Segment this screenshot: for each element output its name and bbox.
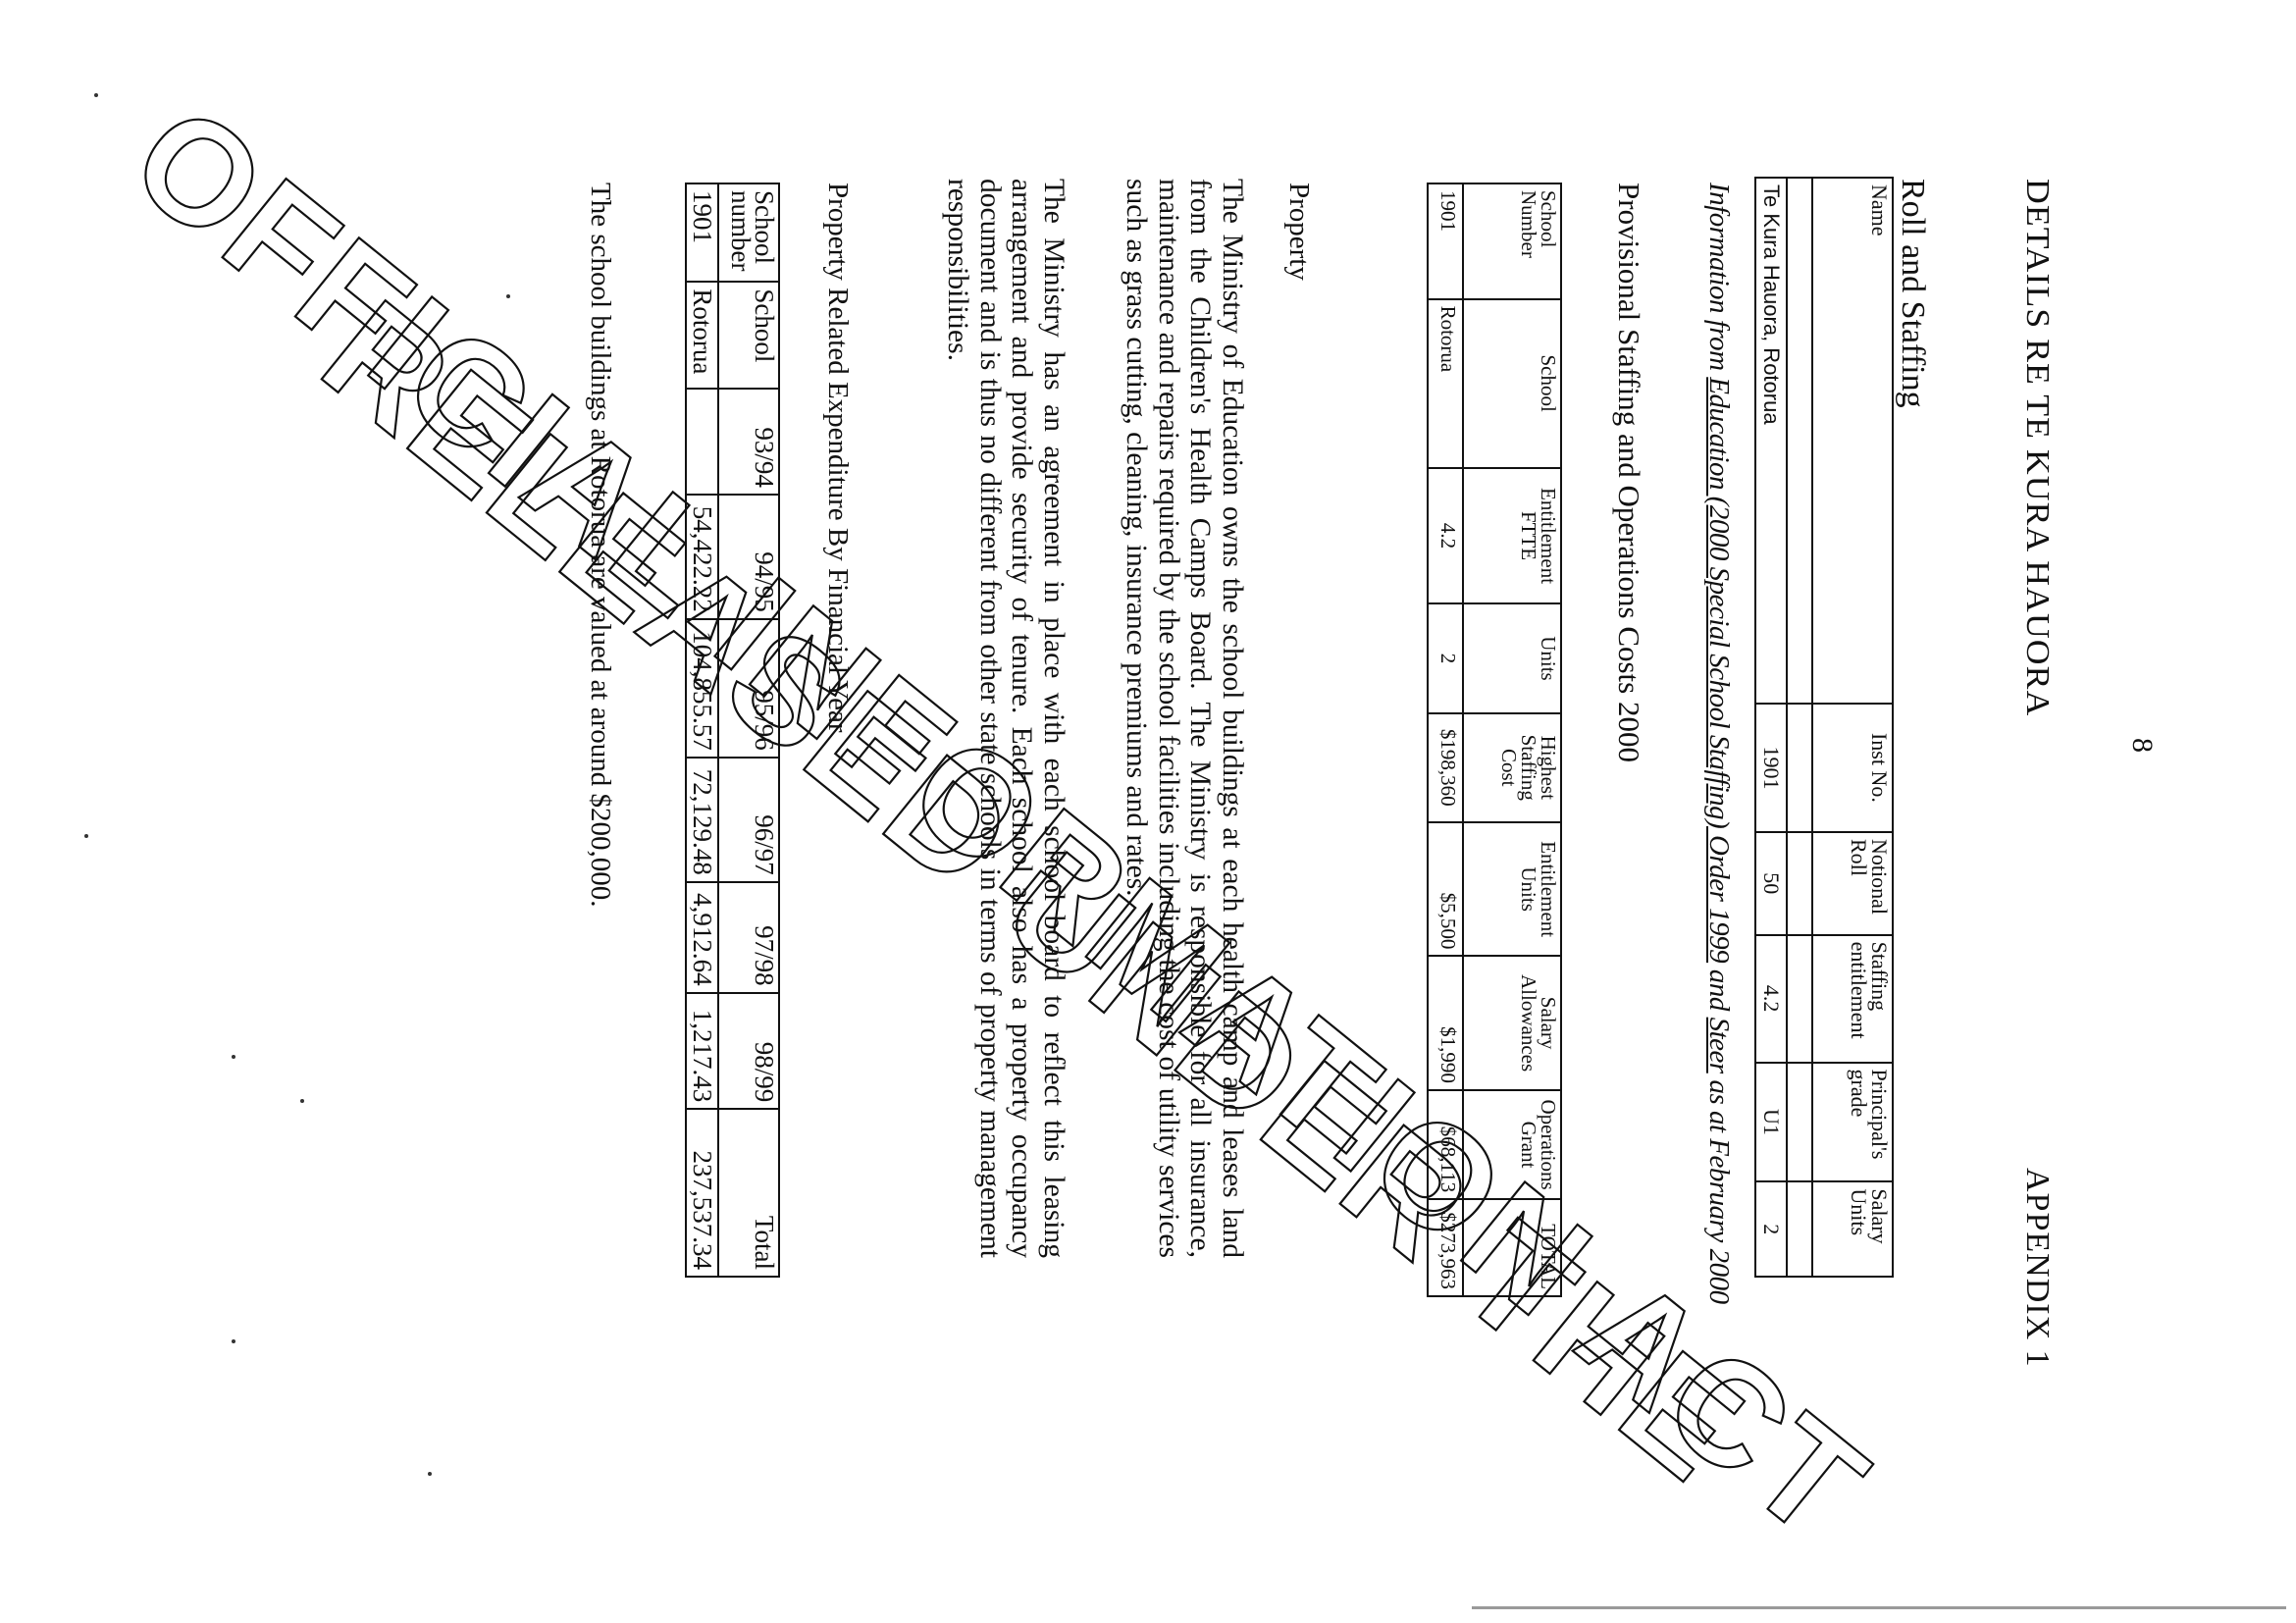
scan-speck <box>428 1472 432 1476</box>
school-number-cell: 1901 <box>1428 183 1463 299</box>
scan-speck <box>300 1099 304 1103</box>
col-96-97: 96/97 <box>718 758 779 882</box>
expenditure-98-99-cell: 1,217.43 <box>686 993 718 1110</box>
col-school: School <box>718 282 779 388</box>
property-heading: Property <box>1282 183 1315 281</box>
col-name: Name <box>1812 178 1893 704</box>
cell <box>1787 935 1812 1063</box>
notional-roll-cell: 50 <box>1755 832 1787 935</box>
total-cell: $273,963 <box>1428 1199 1463 1296</box>
property-expenditure-heading: Property Related Expenditure By Financia… <box>821 183 854 733</box>
table-row: 1901 Rotorua 54,422.22 104,855.57 72,129… <box>686 183 718 1277</box>
cell <box>1787 1181 1812 1277</box>
col-inst-no: Inst No. <box>1812 704 1893 832</box>
staffing-entitlement-cell: 4.2 <box>1755 935 1787 1063</box>
scan-edge-line <box>1472 1606 2286 1609</box>
col-salary-units: Salary Units <box>1812 1181 1893 1277</box>
col-notional-roll: Notional Roll <box>1812 832 1893 935</box>
col-school-number: School Number <box>1463 183 1561 299</box>
expenditure-94-95-cell: 54,422.22 <box>686 495 718 619</box>
entitlement-ftte-cell: 4.2 <box>1428 468 1463 604</box>
inst-no-cell: 1901 <box>1755 704 1787 832</box>
expenditure-97-98-cell: 4,912.64 <box>686 882 718 993</box>
cell <box>1787 704 1812 832</box>
school-cell: Rotorua <box>686 282 718 388</box>
table-row: 1901 Rotorua 4.2 2 $198,360 $5,500 $1,99… <box>1428 183 1463 1296</box>
scan-speck <box>232 1339 235 1343</box>
expenditure-96-97-cell: 72,129.48 <box>686 758 718 882</box>
school-number-cell: 1901 <box>686 183 718 282</box>
col-entitlement-ftte: Entitlement FTTE <box>1463 468 1561 604</box>
col-total: Total <box>718 1109 779 1277</box>
table-header-row: School number School 93/94 94/95 95/96 9… <box>718 183 779 1277</box>
valuation-note: The school buildings at Rotorua are valu… <box>584 183 616 908</box>
salary-units-cell: 2 <box>1755 1181 1787 1277</box>
scan-speck <box>506 294 510 298</box>
principals-grade-cell: U1 <box>1755 1063 1787 1182</box>
source-note: Information from Education (2000 Special… <box>1702 183 1735 1304</box>
entitlement-units-cell: $5,500 <box>1428 822 1463 956</box>
property-paragraph-2: The Ministry has an agreement in place w… <box>942 179 1070 1258</box>
col-98-99: 98/99 <box>718 993 779 1110</box>
col-operations-grant: Operations Grant <box>1463 1090 1561 1199</box>
col-staffing-entitlement: Staffing entitlement <box>1812 935 1893 1063</box>
scan-speck <box>94 93 98 97</box>
col-97-98: 97/98 <box>718 882 779 993</box>
scan-speck <box>232 1055 235 1059</box>
cell <box>1787 178 1812 704</box>
cell <box>1787 832 1812 935</box>
highest-staffing-cost-cell: $198,360 <box>1428 713 1463 822</box>
page-number: 8 <box>2125 738 2159 753</box>
table-header-row: Name Inst No. Notional Roll Staffing ent… <box>1812 178 1893 1277</box>
property-expenditure-table: School number School 93/94 94/95 95/96 9… <box>685 183 780 1278</box>
expenditure-95-96-cell: 104,855.57 <box>686 619 718 758</box>
col-94-95: 94/95 <box>718 495 779 619</box>
col-units: Units <box>1463 603 1561 712</box>
table-header-row: School Number School Entitlement FTTE Un… <box>1463 183 1561 1296</box>
property-paragraph-1: The Ministry of Education owns the schoo… <box>1121 179 1248 1258</box>
col-school-number: School number <box>718 183 779 282</box>
operations-grant-cell: $68,113 <box>1428 1090 1463 1199</box>
appendix-label: APPENDIX 1 <box>2018 1168 2056 1368</box>
col-93-94: 93/94 <box>718 389 779 495</box>
expenditure-total-cell: 237,537.34 <box>686 1109 718 1277</box>
cell <box>1787 1063 1812 1182</box>
school-name-cell: Te Kura Hauora, Rotorua <box>1755 178 1787 704</box>
col-entitlement-units: Entitlement Units <box>1463 822 1561 956</box>
provisional-costs-table: School Number School Entitlement FTTE Un… <box>1427 183 1562 1297</box>
col-principals-grade: Principal's grade <box>1812 1063 1893 1182</box>
scan-speck <box>84 834 88 838</box>
salary-allowances-cell: $1,990 <box>1428 956 1463 1089</box>
expenditure-93-94-cell <box>686 389 718 495</box>
col-salary-allowances: Salary Allowances <box>1463 956 1561 1089</box>
col-95-96: 95/96 <box>718 619 779 758</box>
roll-and-staffing-heading: Roll and Staffing <box>1894 179 1931 408</box>
document-page: 8 DETAILS RE TE KURA HAUORA APPENDIX 1 R… <box>0 0 2296 1623</box>
table-row: Te Kura Hauora, Rotorua 1901 50 4.2 U1 2 <box>1755 178 1787 1277</box>
col-school: School <box>1463 299 1561 468</box>
school-cell: Rotorua <box>1428 299 1463 468</box>
col-total: TOTAL <box>1463 1199 1561 1296</box>
roll-staffing-table: Name Inst No. Notional Roll Staffing ent… <box>1754 177 1894 1278</box>
document-title: DETAILS RE TE KURA HAUORA <box>2018 179 2056 716</box>
col-highest-staffing-cost: Highest Staffing Cost <box>1463 713 1561 822</box>
units-cell: 2 <box>1428 603 1463 712</box>
table-row <box>1787 178 1812 1277</box>
provisional-costs-heading: Provisional Staffing and Operations Cost… <box>1611 183 1646 762</box>
